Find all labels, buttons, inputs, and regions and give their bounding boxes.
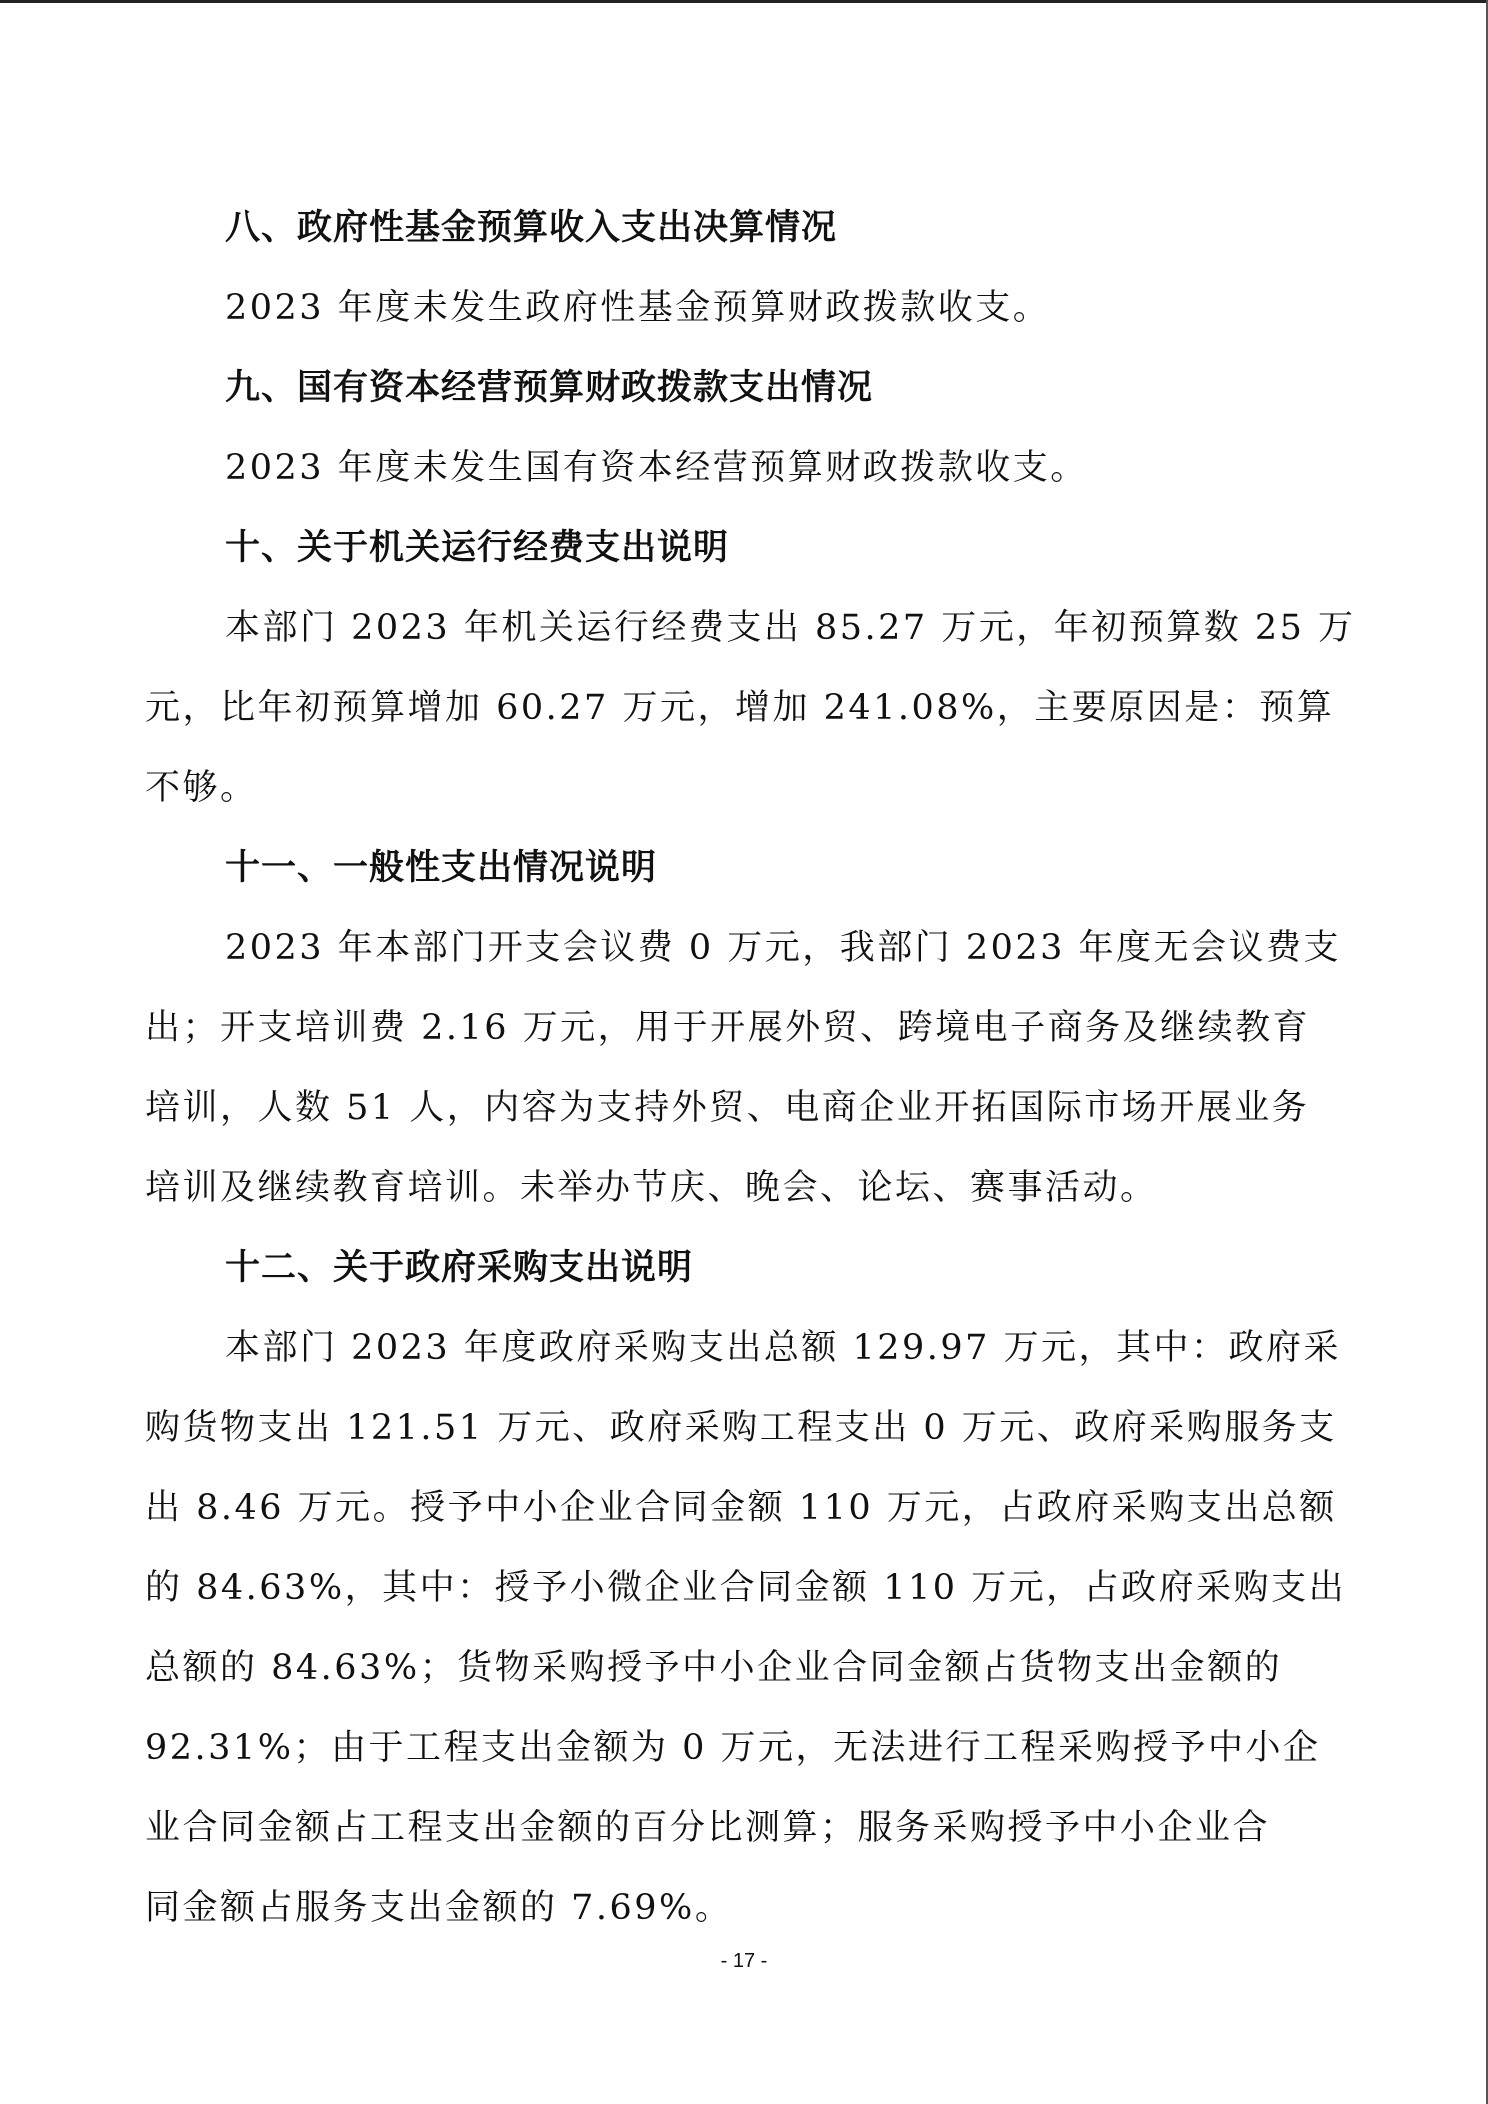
paragraph-line: 同金额占服务支出金额的 7.69%。 bbox=[145, 1868, 1340, 1948]
page-number: - 17 - bbox=[0, 1950, 1488, 1973]
paragraph-line: 业合同金额占工程支出金额的百分比测算；服务采购授予中小企业合 bbox=[145, 1788, 1340, 1868]
section-heading-10: 十、关于机关运行经费支出说明 bbox=[145, 508, 1340, 588]
paragraph-line: 2023 年本部门开支会议费 0 万元，我部门 2023 年度无会议费支 bbox=[145, 908, 1340, 988]
paragraph-line: 2023 年度未发生国有资本经营预算财政拨款收支。 bbox=[145, 428, 1340, 508]
paragraph-line: 2023 年度未发生政府性基金预算财政拨款收支。 bbox=[145, 268, 1340, 348]
paragraph-line: 不够。 bbox=[145, 748, 1340, 828]
paragraph-line: 的 84.63%，其中：授予小微企业合同金额 110 万元，占政府采购支出 bbox=[145, 1548, 1340, 1628]
paragraph-line: 培训，人数 51 人，内容为支持外贸、电商企业开拓国际市场开展业务 bbox=[145, 1068, 1340, 1148]
paragraph-line: 本部门 2023 年机关运行经费支出 85.27 万元，年初预算数 25 万 bbox=[145, 588, 1340, 668]
paragraph-line: 本部门 2023 年度政府采购支出总额 129.97 万元，其中：政府采 bbox=[145, 1308, 1340, 1388]
section-heading-9: 九、国有资本经营预算财政拨款支出情况 bbox=[145, 348, 1340, 428]
paragraph-line: 元，比年初预算增加 60.27 万元，增加 241.08%，主要原因是：预算 bbox=[145, 668, 1340, 748]
document-page: 八、政府性基金预算收入支出决算情况 2023 年度未发生政府性基金预算财政拨款收… bbox=[145, 188, 1340, 1948]
section-heading-8: 八、政府性基金预算收入支出决算情况 bbox=[145, 188, 1340, 268]
paragraph-line: 出 8.46 万元。授予中小企业合同金额 110 万元，占政府采购支出总额 bbox=[145, 1468, 1340, 1548]
paragraph-line: 培训及继续教育培训。未举办节庆、晚会、论坛、赛事活动。 bbox=[145, 1148, 1340, 1228]
section-heading-11: 十一、一般性支出情况说明 bbox=[145, 828, 1340, 908]
top-border bbox=[0, 0, 1488, 3]
section-heading-12: 十二、关于政府采购支出说明 bbox=[145, 1228, 1340, 1308]
paragraph-line: 购货物支出 121.51 万元、政府采购工程支出 0 万元、政府采购服务支 bbox=[145, 1388, 1340, 1468]
paragraph-line: 总额的 84.63%；货物采购授予中小企业合同金额占货物支出金额的 bbox=[145, 1628, 1340, 1708]
paragraph-line: 出；开支培训费 2.16 万元，用于开展外贸、跨境电子商务及继续教育 bbox=[145, 988, 1340, 1068]
paragraph-line: 92.31%；由于工程支出金额为 0 万元，无法进行工程采购授予中小企 bbox=[145, 1708, 1340, 1788]
